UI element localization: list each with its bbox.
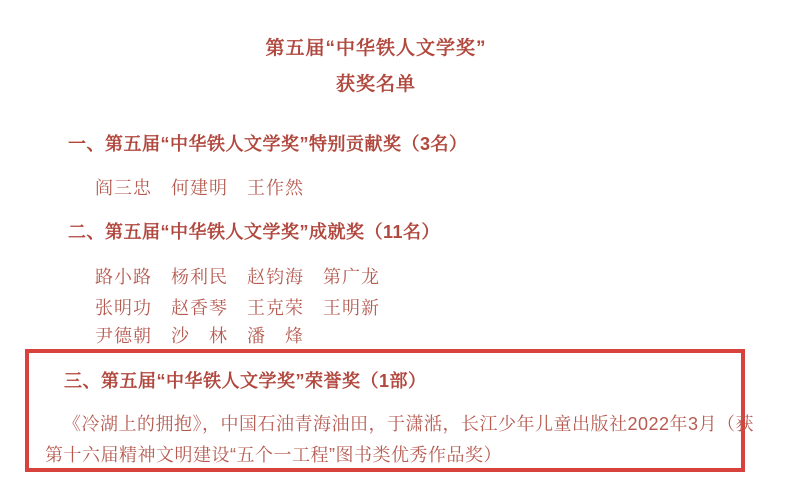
section-heading-special-contribution: 一、第五届“中华铁人文学奖”特别贡献奖（3名） [68,130,468,156]
award-document-page: 第五届“中华铁人文学奖” 获奖名单 一、第五届“中华铁人文学奖”特别贡献奖（3名… [0,0,800,480]
names-special-contribution: 阎三忠 何建明 王作然 [95,174,304,200]
section-heading-achievement: 二、第五届“中华铁人文学奖”成就奖（11名） [68,218,440,244]
document-title-line1: 第五届“中华铁人文学奖” [0,33,752,60]
honor-section-highlight-box: 三、第五届“中华铁人文学奖”荣誉奖（1部） 《冷湖上的拥抱》，中国石油青海油田，… [25,349,745,472]
document-title-line2: 获奖名单 [0,69,752,96]
section-heading-honor: 三、第五届“中华铁人文学奖”荣誉奖（1部） [64,367,427,393]
honor-award-description-line2: 第十六届精神文明建设“五个一工程”图书类优秀作品奖） [45,440,735,471]
honor-award-description-line1: 《冷湖上的拥抱》，中国石油青海油田，于潇湉，长江少年儿童出版社2022年3月（获 [45,409,735,440]
honor-award-description: 《冷湖上的拥抱》，中国石油青海油田，于潇湉，长江少年儿童出版社2022年3月（获… [45,409,735,471]
names-achievement-row3: 尹德朝 沙 林 潘 烽 [95,322,304,348]
names-achievement-row1: 路小路 杨利民 赵钧海 第广龙 [95,263,380,289]
names-achievement-row3-text: 尹德朝 沙 林 潘 烽 [95,326,304,351]
names-achievement-row2: 张明功 赵香琴 王克荣 王明新 [95,294,380,320]
